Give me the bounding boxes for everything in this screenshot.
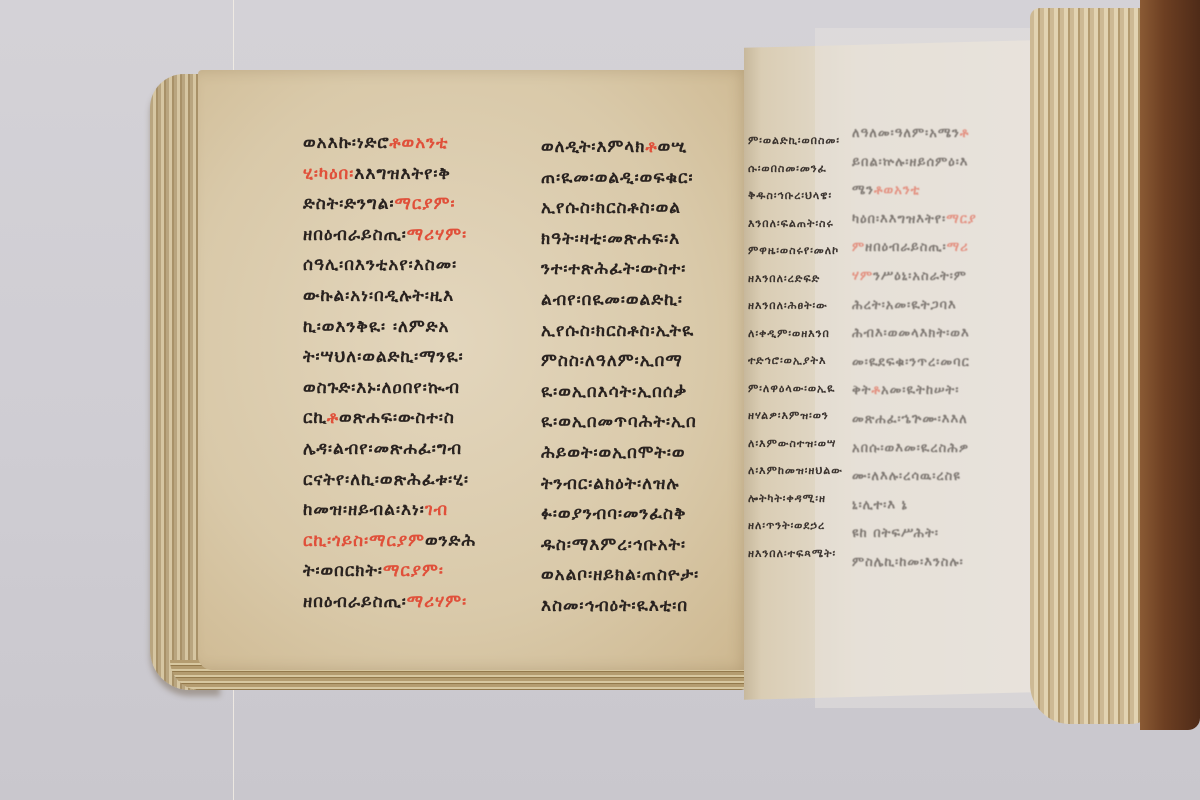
text-line: ርናትየ፡ለኪ፡ወጽሕፈቱ፡ሂ፡ (303, 465, 476, 496)
text-line: ዪ፡ወኢበመጥባሕት፡ኢበ (541, 407, 699, 438)
text-line: ጠ፡ዪመ፡ወልዲ፡ወፍቁር፡ (541, 163, 699, 194)
text-line: ለዓለመ፡ዓለም፡አሜንቶ (852, 120, 977, 149)
text-line: አበሱ፡ወእመ፡ዪረስሕዎ (852, 435, 977, 464)
text-line: ኢየሱስ፡ክርስቶስ፡ኢትዪ (541, 316, 699, 347)
text-line: ዘእንበለ፡ተፍጻሜት፡ (748, 540, 843, 568)
text-line: ዱስ፡ማእምረ፡ኅቡአት፡ (541, 530, 699, 561)
text-line: ርኪቶወጽሐፍ፡ውስተ፡ስ (303, 403, 476, 434)
text-line: ከመዝ፡ዘይብል፡እነ፡ገብ (303, 495, 476, 526)
text-line: ወለዲት፡እምላክቶወሢ (541, 132, 699, 163)
text-line: ሜንቶወአንቲ (852, 177, 977, 206)
text-line: ቅዱስ፡ኅቡረ፡ህላዌ፡ (748, 182, 843, 210)
text-line: ለ፡እምከመዝ፡ዘህልው (748, 457, 843, 485)
text-line: ምዘበዕብራይስጢ፡ማሪ (852, 234, 977, 263)
text-line: ዘእንበለ፡ሕፀት፡ው (748, 292, 843, 320)
text-line: ዘበዕብራይስጢ፡ማሪሃም፡ (303, 220, 476, 251)
text-line: ሕይወት፡ወኢበሞት፡ወ (541, 438, 699, 469)
text-line: ት፡ወበርክት፡ማርያም፡ (303, 556, 476, 587)
text-line: ይበል፡ኵሉ፡ዘይሰምዕ፡እ (852, 149, 977, 178)
text-line: ዘበዕብራይስጢ፡ማሪሃም፡ (303, 587, 476, 618)
text-line: ሕብእ፡ወመላእክት፡ወእ (852, 320, 977, 349)
text-line: ዘእንበለ፡ረድፍድ (748, 265, 843, 293)
text-line: ድስት፡ድንግል፡ማርያም፡ (303, 189, 476, 220)
left-column-1: ወአእኩ፡ነድሮቶወአንቲ ሂ፡ካዕበ፡እእግዝእትየ፡ቅ ድስት፡ድንግል፡ማ… (303, 128, 476, 618)
text-line: ት፡ሣህለ፡ወልድኪ፡ማንዪ፡ (303, 342, 476, 373)
text-line: ኪ፡ወእንቅዪ፡ ፡ለምድአ (303, 312, 476, 343)
text-line: ፉ፡ወያንብባ፡መንፈስቅ (541, 499, 699, 530)
text-line: ሂ፡ካዕበ፡እእግዝእትየ፡ቅ (303, 159, 476, 190)
text-line: ለ፡እምውስተዝ፡ወሣ (748, 430, 843, 458)
text-line: ምዋዜ፡ወስሩየ፡መለኮ (748, 237, 843, 265)
text-line: ቅትቶአመ፡ዪትከሠት፡ (852, 377, 977, 406)
text-line: ካዕበ፡እእግዝእትየ፡ማርያ (852, 206, 977, 235)
text-line: ሱ፡ወበስመ፡መንፈ (748, 155, 843, 183)
text-line: ለ፡ቀዲም፡ወዘእንበ (748, 320, 843, 348)
text-line: እንበለ፡ፍልጠት፡ስሩ (748, 210, 843, 238)
text-line: ክዓት፡ዛቲ፡መጽሐፍ፡እ (541, 224, 699, 255)
text-line: ኢየሱስ፡ክርስቶስ፡ወል (541, 193, 699, 224)
text-line: ኒ፡ሊተ፡እ ኔ (852, 492, 977, 521)
text-line: እስመ፡ኅብዕት፡ዪእቲ፡በ (541, 591, 699, 622)
text-line: ወአእኩ፡ነድሮቶወአንቲ (303, 128, 476, 159)
text-line: ወአልቦ፡ዘይክል፡ጠስዮታ፡ (541, 560, 699, 591)
text-line: መ፡ዪደፍቁ፡ንጥረ፡መባር (852, 349, 977, 378)
right-column-2: ለዓለመ፡ዓለም፡አሜንቶ ይበል፡ኵሉ፡ዘይሰምዕ፡እ ሜንቶወአንቲ ካዕበ… (852, 120, 977, 578)
text-line: ሙ፡ለእሉ፡ረሳዉ፡ረስዩ (852, 463, 977, 492)
leather-cover (1140, 0, 1200, 730)
text-line: ንተ፡ተጽሕፈት፡ውስተ፡ (541, 254, 699, 285)
text-line: ሌዳ፡ልብየ፡መጽሐፈ፡ግብ (303, 434, 476, 465)
text-line: ዘሃልዎ፡እምዝ፡ወን (748, 402, 843, 430)
text-line: ሎትካት፡ቀዳሚ፡ዘ (748, 485, 843, 513)
text-line: ትንብር፡ልክዕት፡ለዝሉ (541, 469, 699, 500)
left-column-2: ወለዲት፡እምላክቶወሢ ጠ፡ዪመ፡ወልዲ፡ወፍቁር፡ ኢየሱስ፡ክርስቶስ፡ወ… (541, 132, 699, 622)
text-line: ም፡ወልድኪ፡ወበስመ፡ (748, 127, 843, 155)
text-line: ምስሌኪ፡ከመ፡እንስሉ፡ (852, 549, 977, 578)
text-line: ዪ፡ወኢበእሳት፡ኢበሰቃ (541, 377, 699, 408)
text-line: ተድኅሮ፡ወኢያትእ (748, 347, 843, 375)
text-line: ወስጉድ፡እኑ፡ለዐበየ፡ኲብ (303, 373, 476, 404)
text-line: ም፡ለዋዕላው፡ወኢዪ (748, 375, 843, 403)
right-column-1: ም፡ወልድኪ፡ወበስመ፡ ሱ፡ወበስመ፡መንፈ ቅዱስ፡ኅቡረ፡ህላዌ፡ እንበ… (748, 127, 843, 567)
text-line: ዩከ በትፍሥሕት፡ (852, 520, 977, 549)
text-line: መጽሐፈ፡ኄጕሙ፡እእለ (852, 406, 977, 435)
text-line: ዘለ፡ጥንት፡ወደኃረ (748, 512, 843, 540)
text-line: ውኩል፡አነ፡በዲሉት፡ዚእ (303, 281, 476, 312)
text-line: ሕረት፡አመ፡ዪትጋባእ (852, 292, 977, 321)
text-line: ሰዓሊ፡በእንቲአየ፡እስመ፡ (303, 250, 476, 281)
text-line: ልብየ፡በዪመ፡ወልድኪ፡ (541, 285, 699, 316)
manuscript-photo: ወአእኩ፡ነድሮቶወአንቲ ሂ፡ካዕበ፡እእግዝእትየ፡ቅ ድስት፡ድንግል፡ማ… (0, 0, 1200, 800)
text-line: ሃምንሥዕኒ፡አስራት፡ም (852, 263, 977, 292)
text-line: ምስስ፡ለዓለም፡ኢበማ (541, 346, 699, 377)
text-line: ርኪ፡ጎይስ፡ማርያምወንድሕ (303, 526, 476, 557)
